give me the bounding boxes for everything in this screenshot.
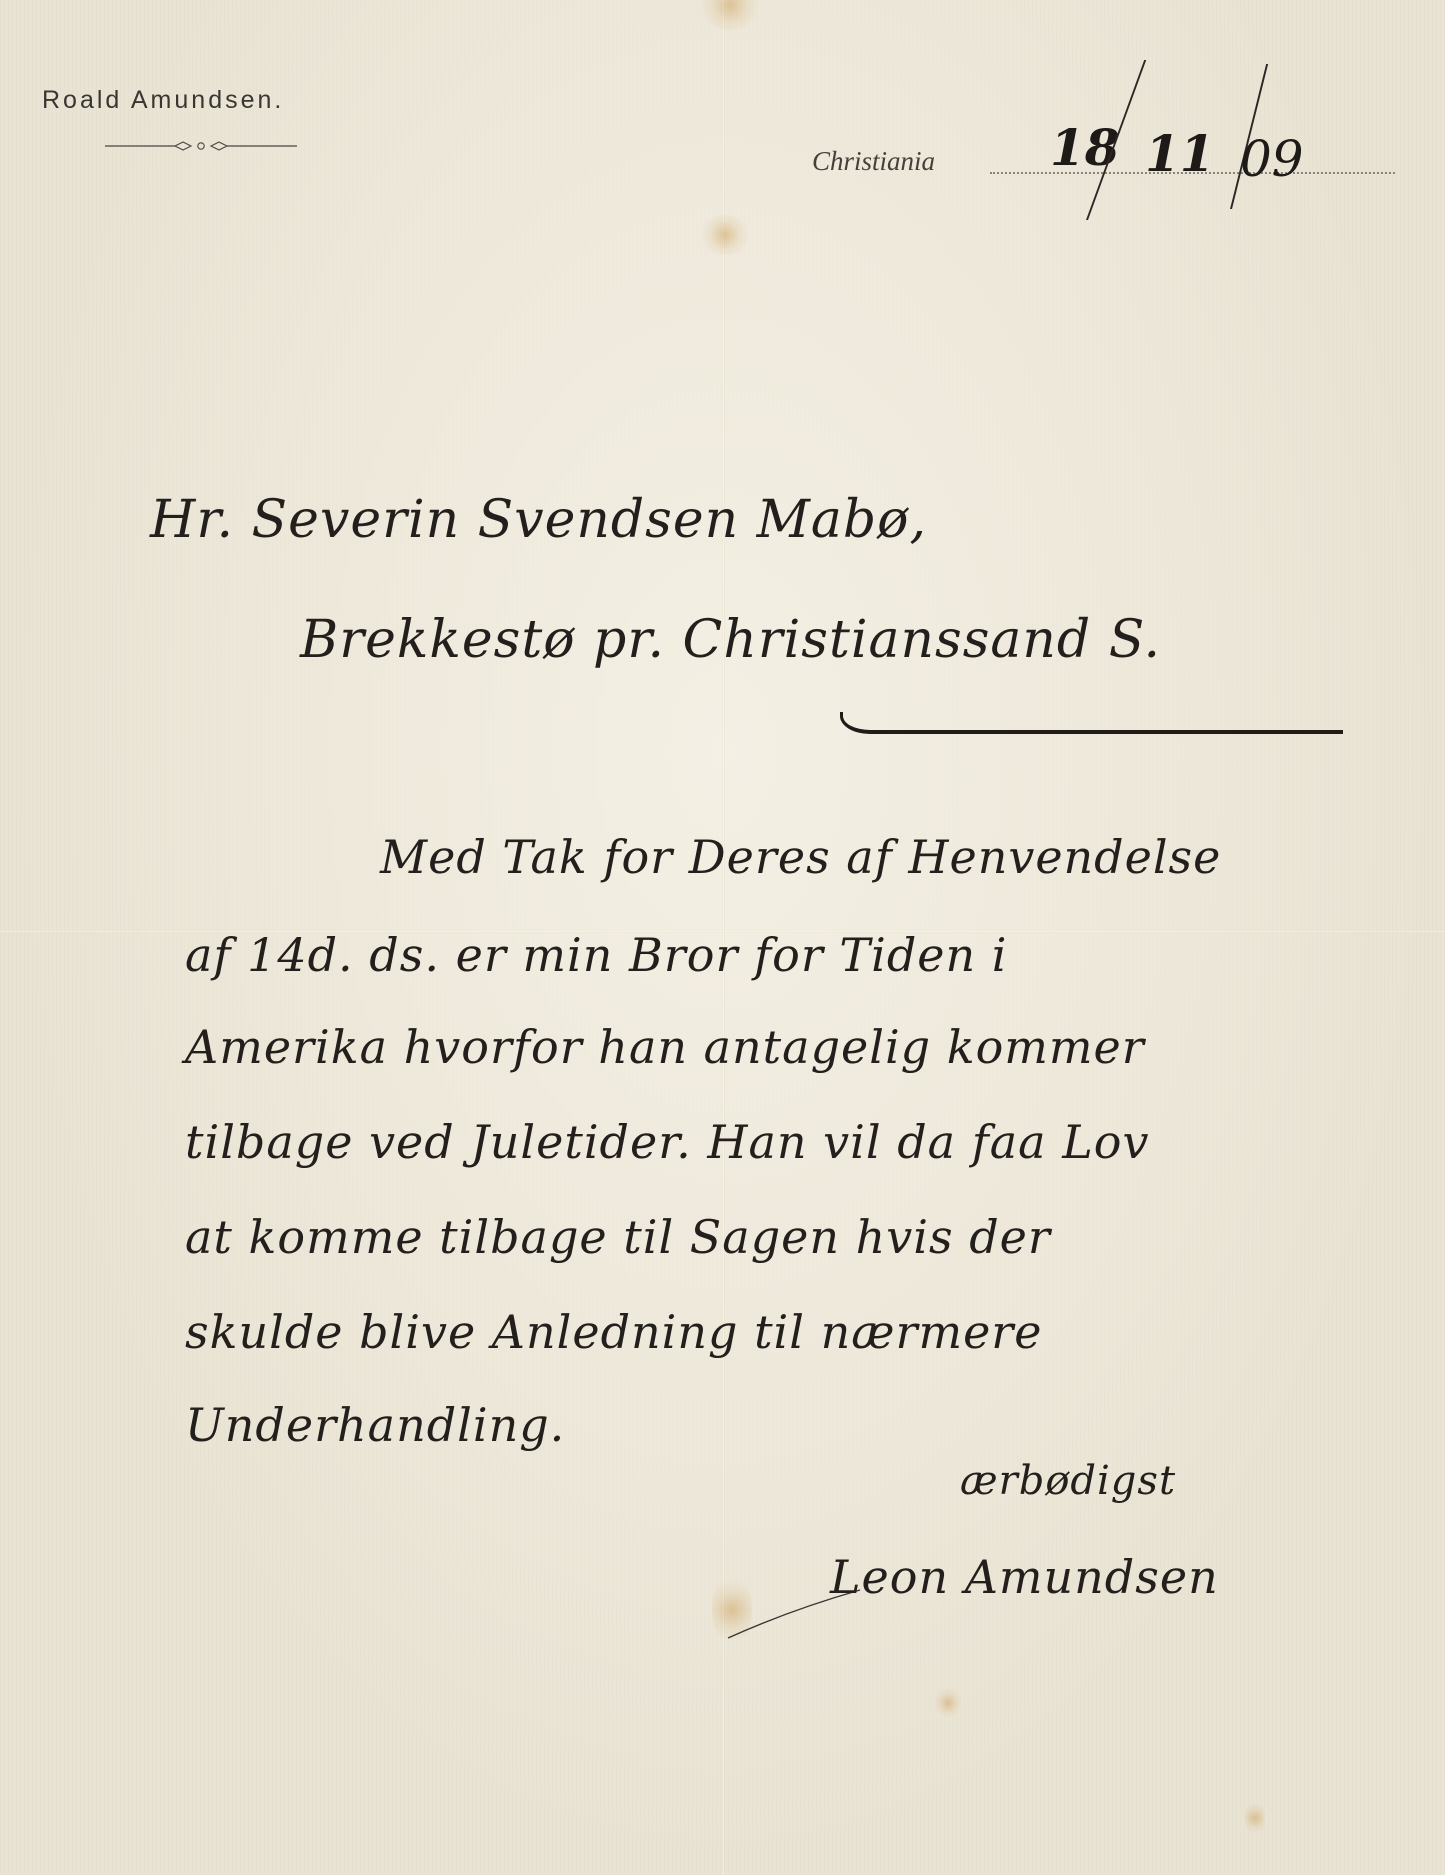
body-line: skulde blive Anledning til nærmere xyxy=(185,1305,1043,1359)
closing-valediction: ærbødigst xyxy=(960,1458,1176,1504)
date-month: 11 xyxy=(1145,124,1215,183)
foxing-stain xyxy=(935,1688,961,1718)
closing-signature: Leon Amundsen xyxy=(830,1550,1219,1604)
foxing-stain xyxy=(1245,1800,1265,1836)
body-line: at komme tilbage til Sagen hvis der xyxy=(185,1210,1051,1264)
body-line: Amerika hvorfor han antagelig kommer xyxy=(185,1020,1145,1074)
letterhead-ornament-icon xyxy=(105,140,297,152)
body-line: tilbage ved Juletider. Han vil da faa Lo… xyxy=(185,1115,1149,1169)
body-line: af 14d. ds. er min Bror for Tiden i xyxy=(185,928,1007,982)
address-line-location: Brekkestø pr. Christianssand S. xyxy=(300,610,1161,670)
date-year: 09 xyxy=(1240,130,1304,188)
body-line: Underhandling. xyxy=(185,1398,565,1452)
dateline-place: Christiania xyxy=(812,146,935,177)
letterhead-name: Roald Amundsen. xyxy=(42,86,284,115)
body-line: Med Tak for Deres af Henvendelse xyxy=(380,830,1221,884)
foxing-stain xyxy=(700,0,760,30)
date-day: 18 xyxy=(1050,118,1120,177)
address-underline-flourish xyxy=(840,712,1343,734)
address-line-recipient: Hr. Severin Svendsen Mabø, xyxy=(150,490,927,550)
foxing-stain xyxy=(700,215,750,255)
